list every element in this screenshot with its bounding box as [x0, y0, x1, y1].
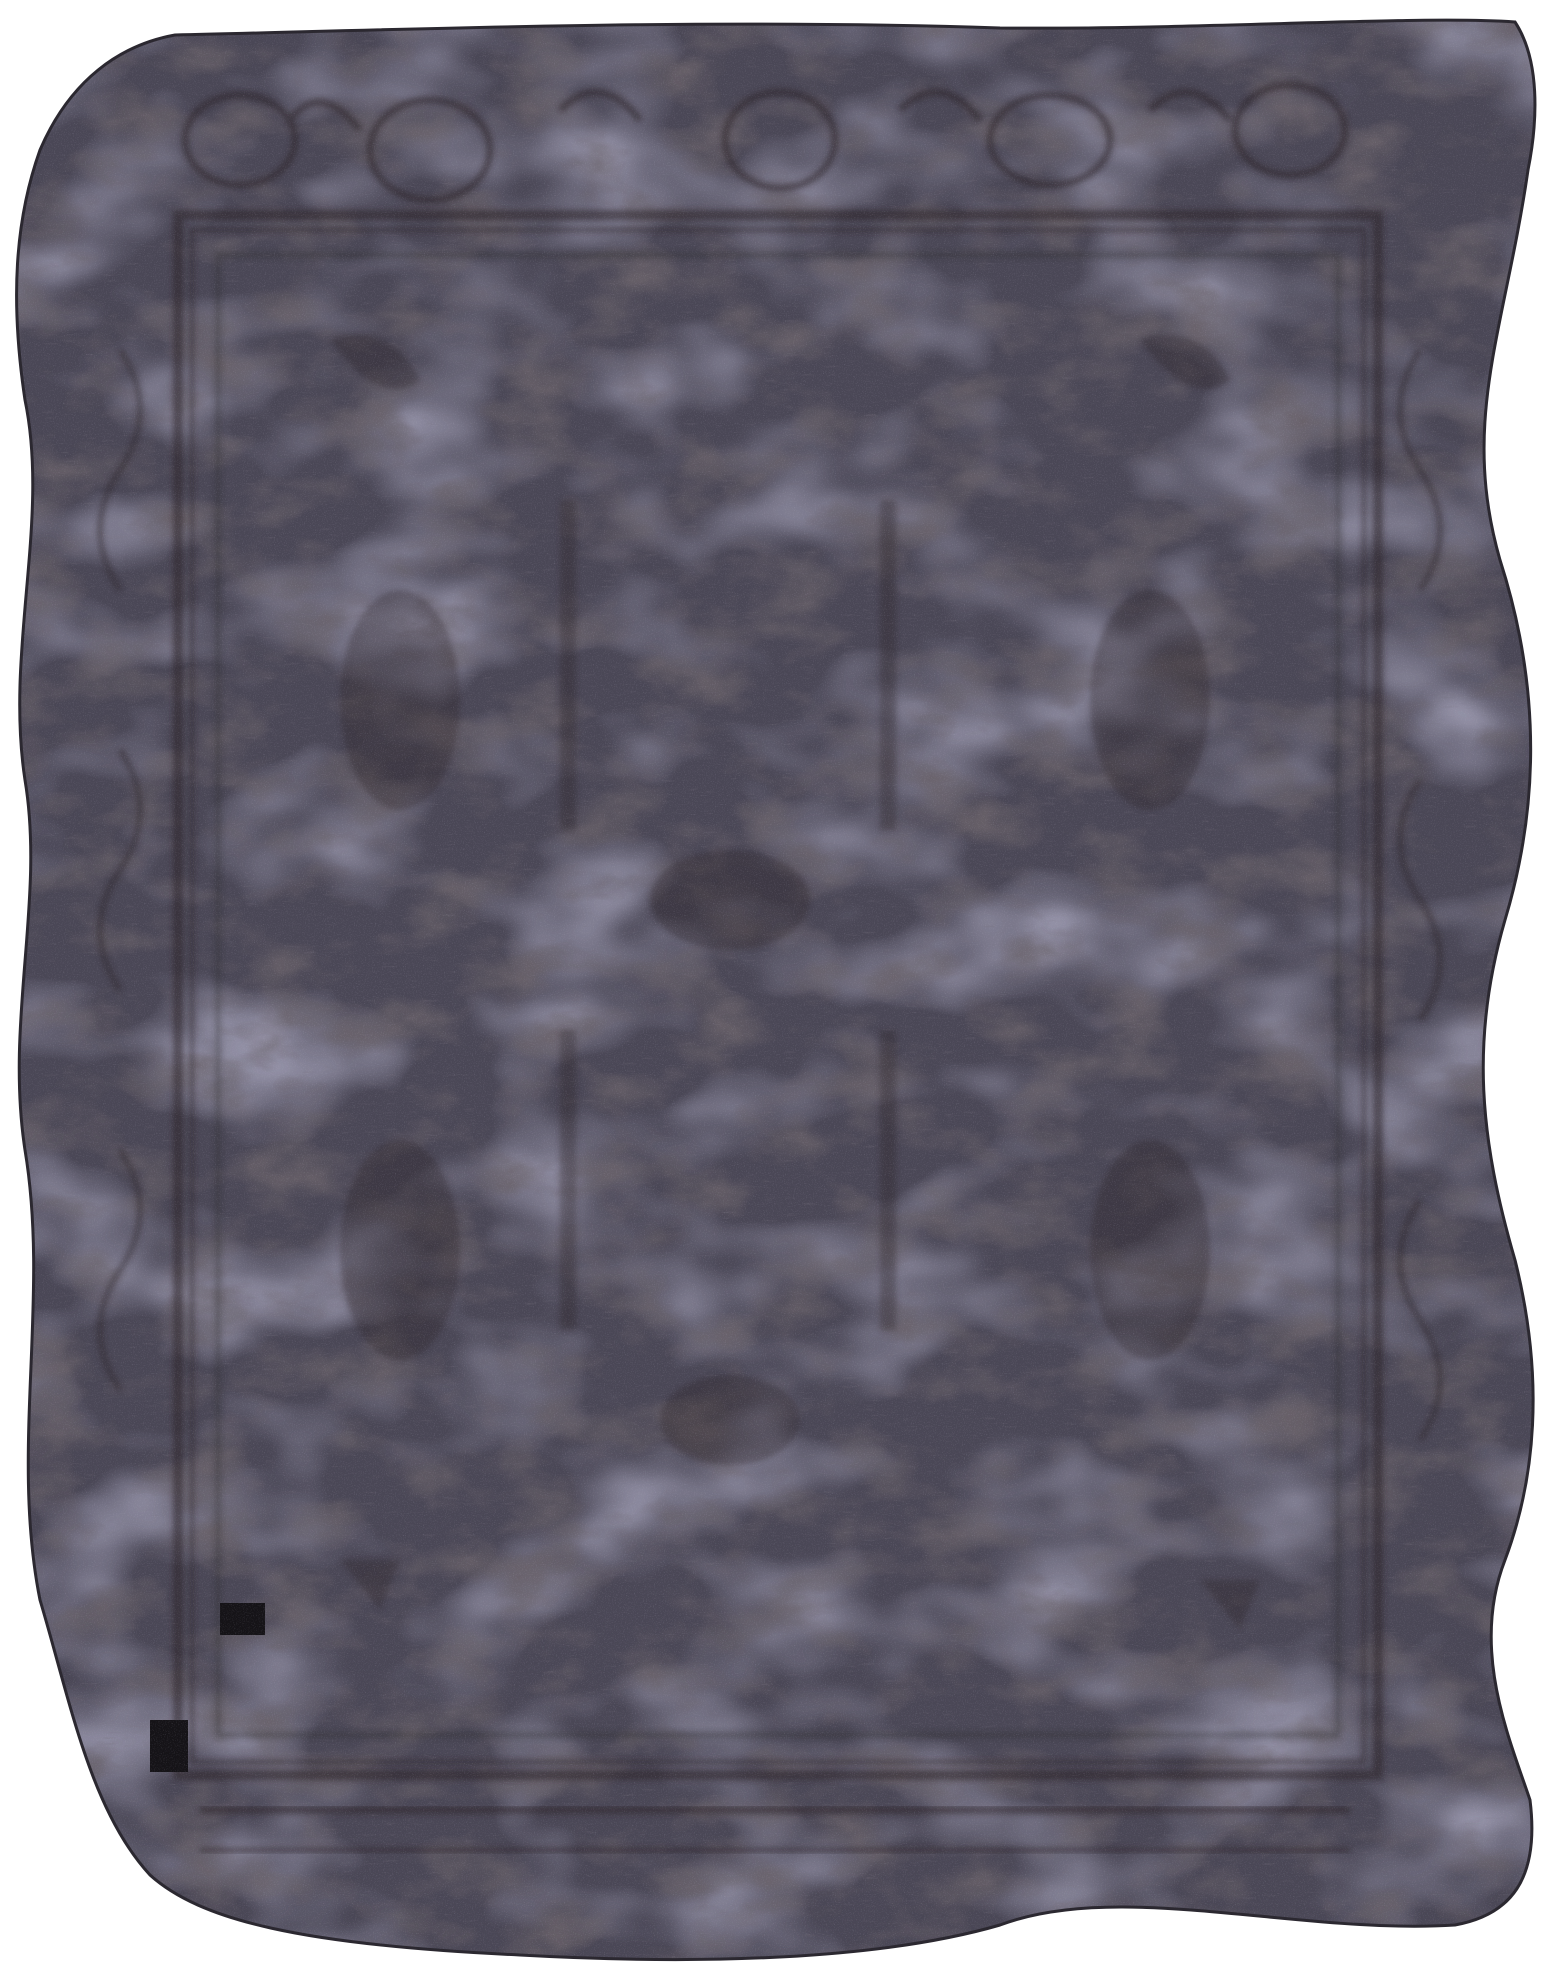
fleck-highlights: [0, 0, 1555, 1973]
rug-body: [0, 0, 1555, 1973]
photo-stage: [0, 0, 1555, 1973]
rug-photo: [0, 0, 1555, 1973]
